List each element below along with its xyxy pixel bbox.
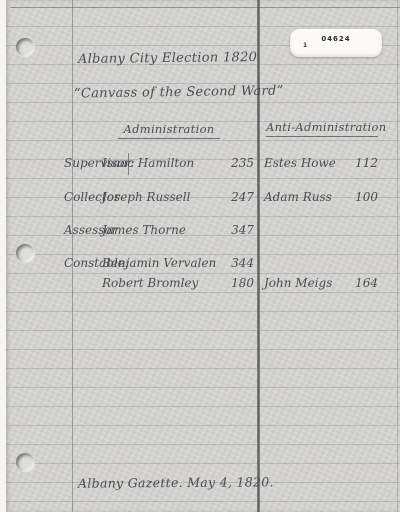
candidate-name: Robert Bromley — [102, 276, 198, 290]
column-header-administration: Administration — [118, 122, 220, 139]
hole-punch-bottom — [16, 453, 34, 471]
catalog-label: 04624 1 — [290, 29, 382, 57]
vote-count: 347 — [218, 223, 254, 237]
catalog-page-mark: 1 — [303, 42, 307, 49]
column-header-anti-administration: Anti-Administration — [266, 120, 378, 137]
candidate-name: Benjamin Vervalen — [102, 256, 216, 270]
top-rule-line — [10, 7, 400, 8]
ledger-row-supervisor: Supervisor: Isaac Hamilton 235 Estes How… — [0, 156, 400, 174]
vote-count: 247 — [218, 190, 254, 204]
ledger-row-assessor: Assessor James Thorne 347 — [0, 223, 400, 241]
ledger-row-constable-1: Constable: Benjamin Vervalen 344 — [0, 256, 400, 274]
vote-count: 180 — [218, 276, 254, 290]
opponent-vote-count: 164 — [344, 276, 378, 290]
candidate-name: James Thorne — [102, 223, 186, 237]
opponent-vote-count: 112 — [344, 156, 378, 170]
ledger-row-constable-2: Robert Bromley 180 John Meigs 164 — [0, 276, 400, 294]
candidate-name: Joseph Russell — [102, 190, 190, 204]
source-citation: Albany Gazette. May 4, 1820. — [78, 474, 274, 490]
opponent-name: Adam Russ — [264, 190, 332, 204]
opponent-name: John Meigs — [264, 276, 332, 290]
vote-count: 235 — [218, 156, 254, 170]
document-title: Albany City Election 1820 — [78, 50, 257, 67]
opponent-vote-count: 100 — [344, 190, 378, 204]
scanned-document-page: 04624 1 Albany City Election 1820 “Canva… — [0, 0, 400, 512]
vote-count: 344 — [218, 256, 254, 270]
ledger-row-collector: Collector Joseph Russell 247 Adam Russ 1… — [0, 190, 400, 208]
hole-punch-top — [16, 38, 34, 56]
document-subtitle: “Canvass of the Second Ward” — [74, 84, 284, 102]
opponent-name: Estes Howe — [264, 156, 336, 170]
candidate-name: Isaac Hamilton — [102, 156, 194, 170]
